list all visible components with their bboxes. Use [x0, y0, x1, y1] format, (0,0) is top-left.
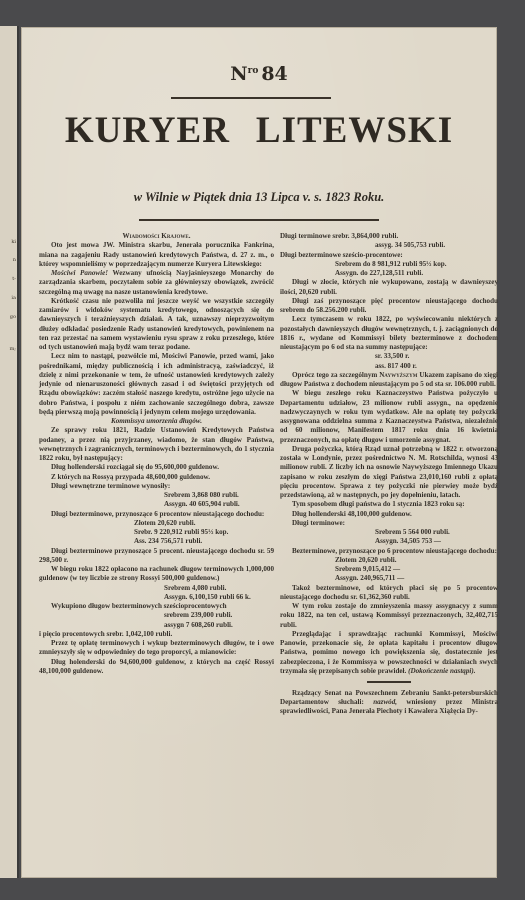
paragraph: Przeglądając i sprawdzając rachunki Komm…: [280, 630, 498, 676]
paragraph: Oprócz tego za szczególnym Naywyższym Uk…: [280, 371, 498, 390]
masthead-rule-bottom: [139, 219, 379, 221]
paragraph: Rządzący Senat na Powszechnem Zebraniu S…: [280, 689, 498, 717]
paragraph: Długi wewnętrzne terminowe wynosiły:: [39, 482, 274, 491]
figure-line: Złotem 20,620 rubli.: [39, 519, 274, 528]
figure-line: Srebrem do 8 981,912 rubli 95½ kop.: [280, 260, 498, 269]
figure-line: Srebrem 9,015,412 —: [280, 565, 498, 574]
paragraph: Długi bezterminowe sześcio-procentowe:: [280, 251, 498, 260]
figure-line: Długi terminowe srebr. 3,864,000 rubli.: [280, 232, 498, 241]
paragraph: Długi bezterminowe przynoszące 5 procent…: [39, 547, 274, 566]
figure-line: Srebr. 9 220,912 rubli 95½ kop.: [39, 528, 274, 537]
paragraph: Ze sprawy roku 1821, Radzie Ustanowień K…: [39, 426, 274, 463]
paragraph: Wykupiono długow bezterminowych sześciop…: [39, 602, 274, 611]
figure-line: Dług hollenderski 48,100,000 guldenow.: [280, 510, 498, 519]
figure-line: Długi terminowe:: [280, 519, 498, 528]
paragraph: Lecz tymczasem w roku 1822, po wyświecow…: [280, 315, 498, 352]
paragraph: Długi bezterminowe, przynoszące 6 procen…: [39, 510, 274, 519]
paragraph: Bezterminowe, przynoszące po 6 procentow…: [280, 547, 498, 556]
newspaper-title: KURYERLITEWSKI: [21, 109, 497, 152]
paragraph: Przez tę opłatę terminowych i wykup bezt…: [39, 639, 274, 658]
previous-page-edge: ki n t- ia go m;: [0, 26, 19, 878]
paragraph: W biegu roku 1822 opłacono na rachunek d…: [39, 565, 274, 584]
paragraph: Długi w złocie, których nie wykupowano, …: [280, 278, 498, 297]
figure-line: assyg. 34 505,753 rubli.: [280, 241, 498, 250]
figure-line: Assygn. 240,965,711 —: [280, 574, 498, 583]
subheading: Kommissya umorzenia długów.: [39, 417, 274, 426]
paragraph: Z których na Rossyą przypada 48,600,000 …: [39, 473, 274, 482]
paragraph: Oto jest mowa JW. Ministra skarbu, Jener…: [39, 241, 274, 269]
paragraph: Druga pożyczka, którą Rząd uznał potrzeb…: [280, 445, 498, 501]
figure-line: Ass. 234 756,571 rubli.: [39, 537, 274, 546]
paragraph: W tym roku zostaje do zmnieyszenia massy…: [280, 602, 498, 630]
left-column: Wiadomości Krajowe. Oto jest mowa JW. Mi…: [39, 232, 274, 676]
figure-line: sr. 33,500 r.: [280, 352, 498, 361]
paragraph: W biegu zeszłego roku Kaznaczeystwo Pańs…: [280, 389, 498, 445]
figure-line: Assygn. do 227,128,511 rubli.: [280, 269, 498, 278]
figure-line: srebrem 239,000 rubli.: [39, 611, 274, 620]
dateline: w Wilnie w Piątek dnia 13 Lipca v. s. 18…: [21, 190, 497, 205]
figure-line: Srebrem 3,868 080 rubli.: [39, 491, 274, 500]
previous-page-text: ki n t- ia go m;: [0, 26, 17, 365]
paragraph: Długi zaś przynoszące pięć procentow nie…: [280, 297, 498, 316]
paragraph: Krótkość czasu nie pozwoliła mi jeszcze …: [39, 297, 274, 353]
figure-line: Assygn. 40 605,904 rubli.: [39, 500, 274, 509]
paragraph: Takoż bezterminowe, od których płaci się…: [280, 584, 498, 603]
figure-line: Assygn. 34,505 753 —: [280, 537, 498, 546]
paragraph: Tym sposobem długi państwa do 1 stycznia…: [280, 500, 498, 509]
figure-line: Srebrem 5 564 000 rubli.: [280, 528, 498, 537]
article-separator: [367, 681, 411, 683]
figure-line: Assygn. 6,100,150 rubli 66 k.: [39, 593, 274, 602]
paragraph: Lecz nim to nastąpi, pozwólcie mi, Mości…: [39, 352, 274, 417]
paragraph: Dług holenderski do 94,600,000 guldenow,…: [39, 658, 274, 677]
section-heading: Wiadomości Krajowe.: [39, 232, 274, 241]
figure-line: ass. 817 400 r.: [280, 362, 498, 371]
figure-line: assygn 7 608,260 rubli.: [39, 621, 274, 630]
figure-line: Srebrem 4,080 rubli.: [39, 584, 274, 593]
figure-line: Złotem 20,620 rubli.: [280, 556, 498, 565]
paragraph: Dług hollenderski rozciągał się do 95,60…: [39, 463, 274, 472]
paragraph: i pięcio procentowych srebr. 1,042,100 r…: [39, 630, 274, 639]
newspaper-page: Nro84 KURYERLITEWSKI w Wilnie w Piątek d…: [21, 27, 497, 878]
paragraph: Mościwi Panowie! Wezwany ufnością Nayjaś…: [39, 269, 274, 297]
issue-number: Nro84: [21, 63, 497, 85]
right-column: Długi terminowe srebr. 3,864,000 rubli. …: [280, 232, 498, 716]
masthead-rule-top: [171, 97, 331, 99]
